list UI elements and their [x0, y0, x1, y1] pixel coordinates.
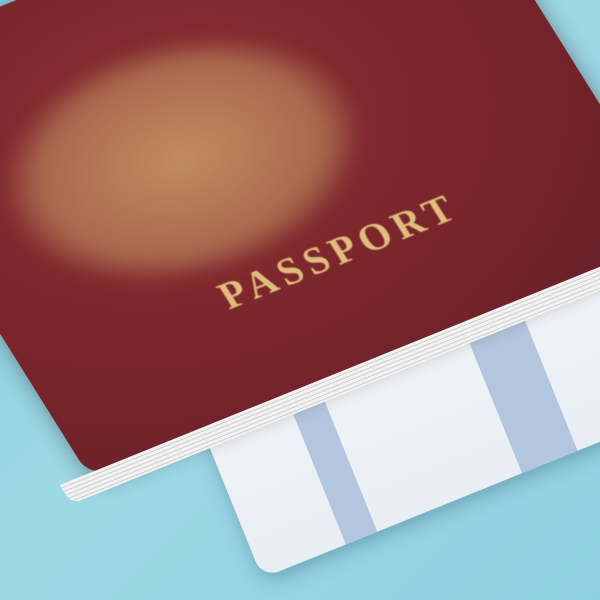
photo-scene: 1623A2 7773 01247 . IN REQUIRED 23B 115 …: [0, 0, 600, 600]
coat-of-arms-emblem: [0, 0, 413, 330]
